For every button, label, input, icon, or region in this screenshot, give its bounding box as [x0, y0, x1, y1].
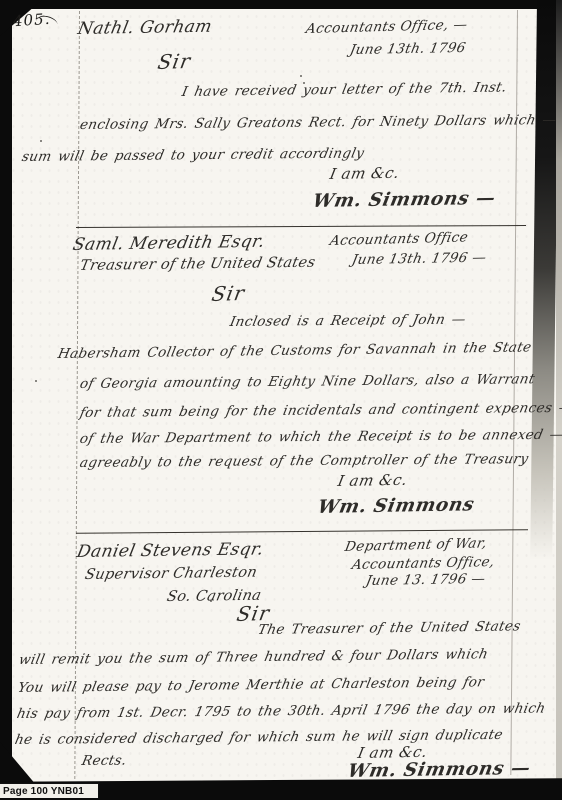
section-divider-2	[76, 529, 528, 534]
ink-speck	[300, 75, 302, 77]
letter1-signature: Wm. Simmons —	[311, 188, 497, 212]
letter3-body-line: The Treasurer of the United States	[256, 618, 522, 638]
letter2-recipient-line-2: Treasurer of the United States	[78, 255, 316, 274]
letter2-signature: Wm. Simmons	[316, 494, 476, 518]
letter2-date: June 13th. 1796 —	[350, 250, 488, 268]
letter1-body-line: sum will be passed to your credit accord…	[20, 145, 365, 165]
letter3-date: June 13. 1796 —	[364, 571, 487, 589]
letter2-salutation: Sir	[210, 281, 247, 306]
letter2-office: Accountants Office	[329, 229, 470, 249]
letter1-date: June 13th. 1796	[348, 40, 467, 58]
letter1-salutation: Sir	[156, 49, 193, 74]
letter3-body-line: he is considered discharged for which su…	[13, 727, 504, 748]
scan-page-label: Page 100 YNB01	[0, 783, 99, 798]
book-gutter-shadow	[530, 0, 559, 560]
letter1-office: Accountants Office, —	[305, 17, 469, 37]
letter2-body-line: of Georgia amounting to Eighty Nine Doll…	[78, 371, 536, 392]
ink-speck	[35, 380, 37, 382]
letter2-body-line: Habersham Collector of the Customs for S…	[56, 339, 533, 362]
letter1-recipient: Nathl. Gorham	[76, 17, 214, 39]
letter3-body-line: will remit you the sum of Three hundred …	[17, 646, 489, 668]
scan-border-left	[0, 0, 12, 800]
letter2-closing: I am &c.	[336, 471, 409, 490]
scanned-document-page: 405. Nathl. Gorham Accountants Office, —…	[0, 0, 562, 800]
letter1-closing: I am &c.	[328, 164, 401, 183]
letter3-body-line: his pay from 1st. Decr. 1795 to the 30th…	[15, 700, 547, 722]
ink-speck	[40, 140, 42, 142]
letter2-body-line: of the War Department to which the Recei…	[78, 427, 562, 447]
letter3-body-line: You will please pay to Jerome Merthie at…	[16, 674, 485, 696]
letter2-body-line: for that sum being for the incidentals a…	[78, 400, 562, 421]
letter2-body-line: agreeably to the request of the Comptrol…	[78, 451, 530, 471]
letter3-body-line: Rects.	[80, 753, 128, 769]
letter3-recipient-line-2: Supervisor Charleston	[83, 565, 258, 583]
letter1-body-line: enclosing Mrs. Sally Greatons Rect. for …	[78, 112, 558, 133]
letter3-recipient: Daniel Stevens Esqr.	[75, 539, 266, 562]
letter3-department: Department of War,	[344, 535, 489, 555]
letter1-body-line: I have received your letter of the 7th. …	[180, 79, 508, 100]
letter2-recipient: Saml. Meredith Esqr.	[71, 232, 267, 255]
scan-border-top	[0, 0, 562, 9]
section-divider-1	[76, 225, 526, 228]
letter3-signature: Wm. Simmons —	[346, 758, 532, 782]
letter2-body-line: Inclosed is a Receipt of John —	[228, 312, 467, 330]
